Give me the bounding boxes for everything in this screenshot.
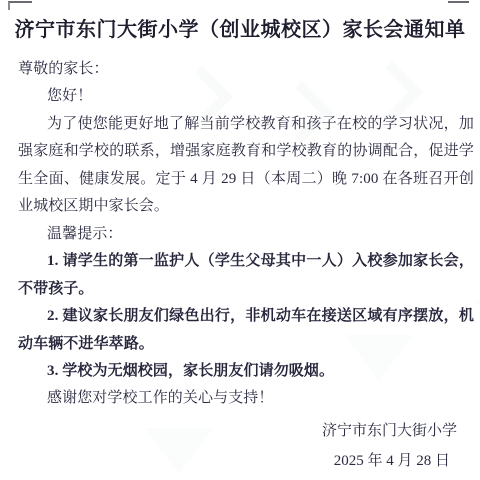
table-border-remnant-left bbox=[8, 1, 32, 10]
signature-date: 2025 年 4 月 28 日 bbox=[0, 446, 480, 476]
tip-2-line-2: 动车辆不进华萃路。 bbox=[18, 331, 474, 358]
notice-body: 尊敬的家长： 您好！ 为了使您能更好地了解当前学校教育和孩子在校的学习状况，加 … bbox=[0, 56, 480, 413]
intro-line-2: 强家庭和学校的联系，增强家庭教育和学校教育的协调配合，促进学 bbox=[18, 138, 474, 165]
signature-school: 济宁市东门大街小学 bbox=[0, 416, 480, 446]
tip-1-line-2: 不带孩子。 bbox=[18, 276, 474, 303]
signature-block: 济宁市东门大街小学 2025 年 4 月 28 日 bbox=[0, 416, 480, 476]
tip-1-line-1: 1. 请学生的第一监护人（学生父母其中一人）入校参加家长会， bbox=[18, 248, 474, 275]
salutation: 尊敬的家长： bbox=[18, 56, 474, 83]
tip-2-line-1: 2. 建议家长朋友们绿色出行，非机动车在接送区域有序摆放，机 bbox=[18, 303, 474, 330]
intro-line-4: 业城校区期中家长会。 bbox=[18, 193, 474, 220]
greeting: 您好！ bbox=[18, 83, 474, 110]
intro-line-3: 生全面、健康发展。定于 4 月 29 日（本周二）晚 7:00 在各班召开创 bbox=[18, 166, 474, 193]
notice-title: 济宁市东门大街小学（创业城校区）家长会通知单 bbox=[8, 14, 472, 46]
table-border-remnant-right bbox=[448, 1, 469, 3]
notice-document: 济宁市东门大街小学（创业城校区）家长会通知单 尊敬的家长： 您好！ 为了使您能更… bbox=[0, 0, 480, 480]
tips-header: 温馨提示： bbox=[18, 221, 474, 248]
thanks-line: 感谢您对学校工作的关心与支持！ bbox=[18, 385, 474, 412]
intro-line-1: 为了使您能更好地了解当前学校教育和孩子在校的学习状况，加 bbox=[18, 111, 474, 138]
tip-3-line-1: 3. 学校为无烟校园，家长朋友们请勿吸烟。 bbox=[18, 358, 474, 385]
